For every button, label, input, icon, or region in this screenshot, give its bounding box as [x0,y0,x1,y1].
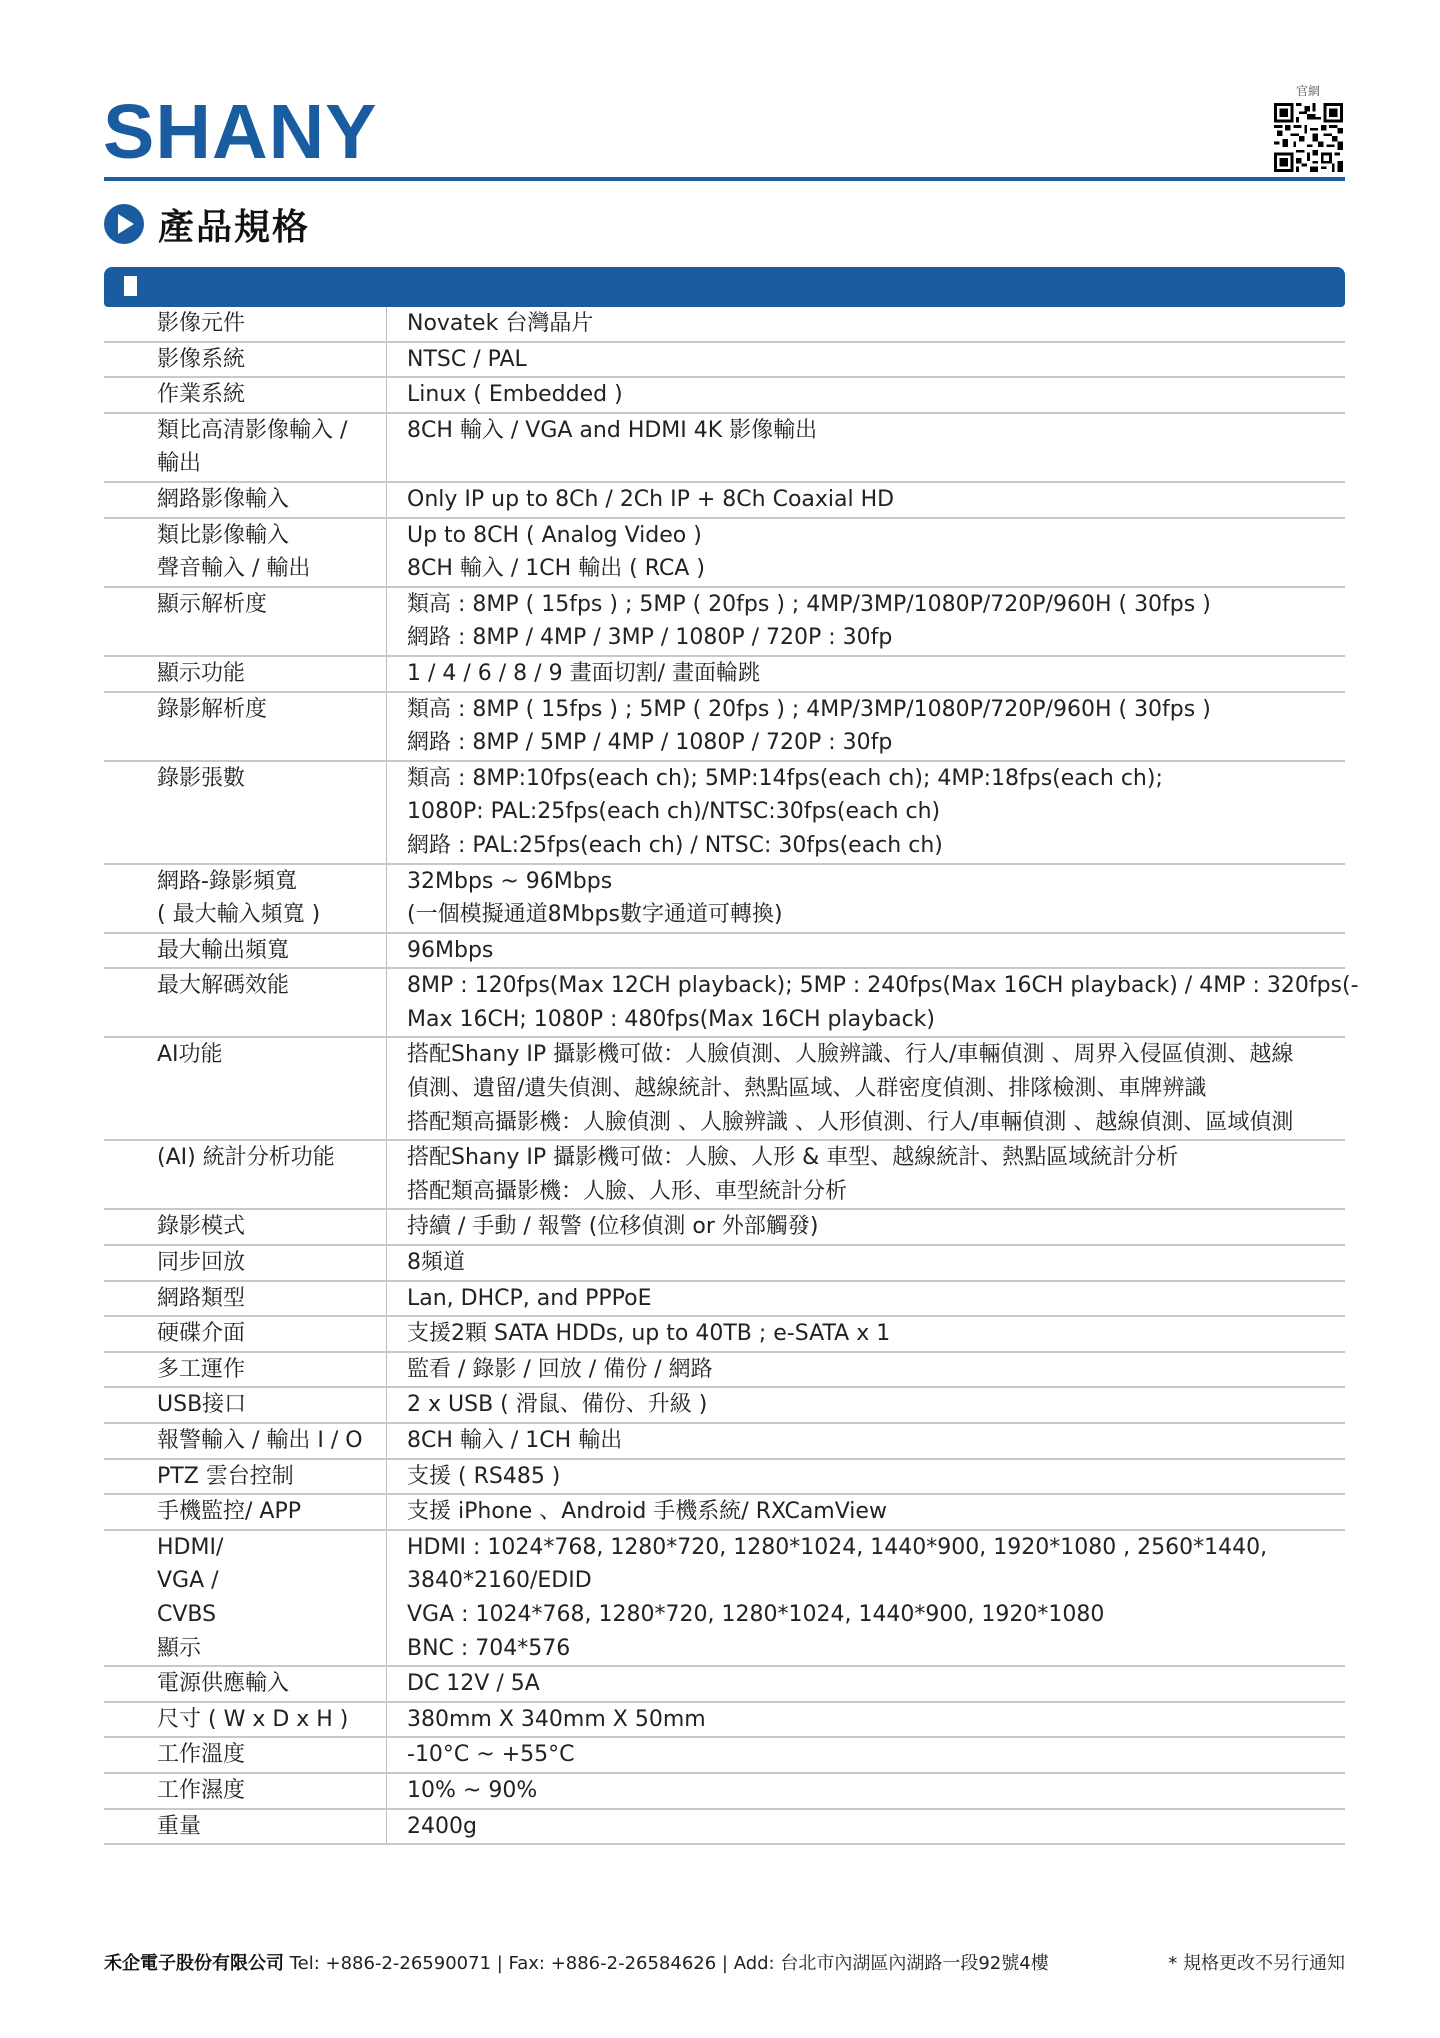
spec-value-line: 支援 ( RS485 ) [407,1460,1341,1494]
spec-value-line: 網路 : 8MP / 4MP / 3MP / 1080P / 720P : 30… [407,621,1341,655]
spec-label: 重量 [104,1810,387,1844]
spec-value: Up to 8CH ( Analog Video ) [387,519,1345,553]
spec-label: 手機監控/ APP [104,1495,387,1529]
table-row: PTZ 雲台控制支援 ( RS485 ) [104,1460,1345,1496]
spec-value-line: 8CH 輸入 / 1CH 輸出 ( RCA ) [407,552,1341,586]
spec-value: 監看 / 錄影 / 回放 / 備份 / 網路 [387,1353,1345,1387]
spec-value-line: (一個模擬通道8Mbps數字通道可轉換) [407,898,1341,932]
section-heading: 產品規格 [104,202,310,246]
section-title: 產品規格 [158,199,310,250]
table-row: 錄影張數類高 : 8MP:10fps(each ch); 5MP:14fps(e… [104,762,1345,865]
spec-value-line: Novatek 台灣晶片 [407,307,1341,341]
spec-label: 類比影像輸入 [104,519,387,553]
spec-value-line: 監看 / 錄影 / 回放 / 備份 / 網路 [407,1353,1341,1387]
spec-value: 2400g [387,1810,1345,1844]
spec-value: Only IP up to 8Ch / 2Ch IP + 8Ch Coaxial… [387,483,1345,517]
table-row: 網路影像輸入Only IP up to 8Ch / 2Ch IP + 8Ch C… [104,483,1345,519]
table-row: AI功能搭配Shany IP 攝影機可做：人臉偵測、人臉辨識、行人/車輛偵測 、… [104,1038,1345,1141]
table-row: 最大解碼效能8MP : 120fps(Max 12CH playback); 5… [104,969,1345,1038]
brand-logo: SHANY [103,92,378,172]
spec-label: 錄影張數 [104,762,387,863]
spec-value: HDMI : 1024*768, 1280*720, 1280*1024, 14… [387,1531,1345,1665]
table-row: 錄影模式持續 / 手動 / 報警 (位移偵測 or 外部觸發) [104,1210,1345,1246]
square-marker-icon [124,276,137,296]
qr-code-icon[interactable] [1274,103,1343,172]
spec-value-line [407,447,1341,481]
spec-value: 8CH 輸入 / 1CH 輸出 ( RCA ) [387,552,1345,586]
spec-value: NTSC / PAL [387,343,1345,377]
spec-value-line: 380mm X 340mm X 50mm [407,1703,1341,1737]
spec-value-line: 32Mbps ~ 96Mbps [407,865,1341,899]
contact-info: Tel: +886-2-26590071 | Fax: +886-2-26584… [284,1953,1049,1974]
table-row: 硬碟介面支援2顆 SATA HDDs, up to 40TB ; e-SATA … [104,1317,1345,1353]
footer-contact: 禾企電子股份有限公司 Tel: +886-2-26590071 | Fax: +… [104,1949,1049,1975]
spec-label: AI功能 [104,1038,387,1139]
table-row: 聲音輸入 / 輸出8CH 輸入 / 1CH 輸出 ( RCA ) [104,552,1345,588]
table-row: 尺寸 ( W x D x H )380mm X 340mm X 50mm [104,1703,1345,1739]
spec-label: 網路-錄影頻寬 ( 最大輸入頻寬 ) [104,865,387,932]
spec-label: 網路影像輸入 [104,483,387,517]
spec-value: 2 x USB ( 滑鼠、備份、升級 ) [387,1388,1345,1422]
spec-label: 最大解碼效能 [104,969,387,1036]
spec-value: Linux ( Embedded ) [387,378,1345,412]
spec-value: -10°C ~ +55°C [387,1738,1345,1772]
spec-value: 支援 iPhone 、Android 手機系統/ RXCamView [387,1495,1345,1529]
header-divider [104,177,1345,181]
table-row: USB接口2 x USB ( 滑鼠、備份、升級 ) [104,1388,1345,1424]
spec-label: 錄影模式 [104,1210,387,1244]
spec-value-line: 2 x USB ( 滑鼠、備份、升級 ) [407,1388,1341,1422]
spec-value-line: 8MP : 120fps(Max 12CH playback); 5MP : 2… [407,969,1359,1003]
spec-value: 8CH 輸入 / VGA and HDMI 4K 影像輸出 [387,414,1345,481]
table-row: 工作濕度10% ~ 90% [104,1774,1345,1810]
table-row: 網路-錄影頻寬 ( 最大輸入頻寬 )32Mbps ~ 96Mbps(一個模擬通道… [104,865,1345,934]
table-row: (AI) 統計分析功能搭配Shany IP 攝影機可做：人臉、人形 & 車型、越… [104,1141,1345,1210]
spec-value: Lan, DHCP, and PPPoE [387,1282,1345,1316]
table-row: 多工運作監看 / 錄影 / 回放 / 備份 / 網路 [104,1353,1345,1389]
spec-value-line: 搭配類高攝影機：人臉偵測 、人臉辨識 、人形偵測、行人/車輛偵測 、越線偵測、區… [407,1106,1341,1140]
spec-value: Novatek 台灣晶片 [387,307,1345,341]
spec-value: DC 12V / 5A [387,1667,1345,1701]
table-row: 網路類型Lan, DHCP, and PPPoE [104,1282,1345,1318]
table-row: 手機監控/ APP支援 iPhone 、Android 手機系統/ RXCamV… [104,1495,1345,1531]
spec-value-line: 8CH 輸入 / VGA and HDMI 4K 影像輸出 [407,414,1341,448]
spec-value: 支援 ( RS485 ) [387,1460,1345,1494]
table-row: 重量2400g [104,1810,1345,1846]
spec-value: 類高 : 8MP ( 15fps ) ; 5MP ( 20fps ) ; 4MP… [387,693,1345,760]
spec-value-line: -10°C ~ +55°C [407,1738,1341,1772]
spec-value: 搭配Shany IP 攝影機可做：人臉、人形 & 車型、越線統計、熱點區域統計分… [387,1141,1345,1208]
spec-value: 8頻道 [387,1246,1345,1280]
table-row: 顯示解析度類高 : 8MP ( 15fps ) ; 5MP ( 20fps ) … [104,588,1345,657]
footer: 禾企電子股份有限公司 Tel: +886-2-26590071 | Fax: +… [104,1949,1345,1975]
table-row: 類比影像輸入Up to 8CH ( Analog Video ) [104,519,1345,553]
spec-value-line: 1 / 4 / 6 / 8 / 9 畫面切割/ 畫面輪跳 [407,657,1341,691]
spec-label: 顯示功能 [104,657,387,691]
spec-value-line: 偵測、遺留/遺失偵測、越線統計、熱點區域、人群密度偵測、排隊檢測、車牌辨識 [407,1072,1341,1106]
spec-table: 影像元件Novatek 台灣晶片影像系統NTSC / PAL作業系統Linux … [104,307,1345,1845]
table-row: 作業系統Linux ( Embedded ) [104,378,1345,414]
spec-label: 最大輸出頻寬 [104,934,387,968]
table-row: 錄影解析度類高 : 8MP ( 15fps ) ; 5MP ( 20fps ) … [104,693,1345,762]
spec-value-line: DC 12V / 5A [407,1667,1341,1701]
spec-label: HDMI/ VGA / CVBS 顯示 [104,1531,387,1665]
spec-label: 作業系統 [104,378,387,412]
spec-label: 影像系統 [104,343,387,377]
spec-value-line: 搭配類高攝影機：人臉、人形、車型統計分析 [407,1175,1341,1209]
spec-label: 顯示解析度 [104,588,387,655]
spec-value-line: 支援 iPhone 、Android 手機系統/ RXCamView [407,1495,1341,1529]
spec-label: 類比高清影像輸入 / 輸出 [104,414,387,481]
spec-value: 類高 : 8MP:10fps(each ch); 5MP:14fps(each … [387,762,1345,863]
company-name: 禾企電子股份有限公司 [104,1953,284,1974]
spec-value-line: Max 16CH; 1080P : 480fps(Max 16CH playba… [407,1003,1359,1037]
spec-change-notice: * 規格更改不另行通知 [1168,1949,1345,1975]
spec-value-line: NTSC / PAL [407,343,1341,377]
spec-label: 報警輸入 / 輸出 I / O [104,1424,387,1458]
spec-label: 電源供應輸入 [104,1667,387,1701]
spec-value-line: Linux ( Embedded ) [407,378,1341,412]
spec-value-line: 8CH 輸入 / 1CH 輸出 [407,1424,1341,1458]
spec-value-line: 96Mbps [407,934,1341,968]
table-row: 顯示功能1 / 4 / 6 / 8 / 9 畫面切割/ 畫面輪跳 [104,657,1345,693]
table-row: 工作溫度-10°C ~ +55°C [104,1738,1345,1774]
spec-value-line: 8頻道 [407,1246,1341,1280]
spec-table-header-bar [104,267,1345,307]
spec-label: 影像元件 [104,307,387,341]
spec-value: 32Mbps ~ 96Mbps(一個模擬通道8Mbps數字通道可轉換) [387,865,1345,932]
spec-label: 聲音輸入 / 輸出 [104,552,387,586]
spec-value-line: Only IP up to 8Ch / 2Ch IP + 8Ch Coaxial… [407,483,1341,517]
table-row: 電源供應輸入DC 12V / 5A [104,1667,1345,1703]
spec-label: 尺寸 ( W x D x H ) [104,1703,387,1737]
spec-label: 網路類型 [104,1282,387,1316]
spec-value-line: 網路 : 8MP / 5MP / 4MP / 1080P / 720P : 30… [407,726,1341,760]
spec-value-line: 持續 / 手動 / 報警 (位移偵測 or 外部觸發) [407,1210,1341,1244]
spec-value: 搭配Shany IP 攝影機可做：人臉偵測、人臉辨識、行人/車輛偵測 、周界入侵… [387,1038,1345,1139]
spec-value-line: 類高 : 8MP:10fps(each ch); 5MP:14fps(each … [407,762,1341,796]
spec-value-line: 2400g [407,1810,1341,1844]
play-circle-icon [104,204,144,244]
spec-value: 96Mbps [387,934,1345,968]
spec-label: 工作溫度 [104,1738,387,1772]
spec-value-line: 10% ~ 90% [407,1774,1341,1808]
spec-value: 8CH 輸入 / 1CH 輸出 [387,1424,1345,1458]
spec-value-line: HDMI : 1024*768, 1280*720, 1280*1024, 14… [407,1531,1341,1565]
spec-label: 硬碟介面 [104,1317,387,1351]
spec-value: 持續 / 手動 / 報警 (位移偵測 or 外部觸發) [387,1210,1345,1244]
spec-value: 1 / 4 / 6 / 8 / 9 畫面切割/ 畫面輪跳 [387,657,1345,691]
spec-value-line: BNC : 704*576 [407,1632,1341,1666]
spec-value-line: VGA : 1024*768, 1280*720, 1280*1024, 144… [407,1598,1341,1632]
spec-value-line: Up to 8CH ( Analog Video ) [407,519,1341,553]
spec-value: 支援2顆 SATA HDDs, up to 40TB ; e-SATA x 1 [387,1317,1345,1351]
table-row: 類比高清影像輸入 / 輸出8CH 輸入 / VGA and HDMI 4K 影像… [104,414,1345,483]
spec-value-line: Lan, DHCP, and PPPoE [407,1282,1341,1316]
table-row: 影像系統NTSC / PAL [104,343,1345,379]
table-row: 影像元件Novatek 台灣晶片 [104,307,1345,343]
spec-value-line: 支援2顆 SATA HDDs, up to 40TB ; e-SATA x 1 [407,1317,1341,1351]
spec-value-line: 搭配Shany IP 攝影機可做：人臉、人形 & 車型、越線統計、熱點區域統計分… [407,1141,1341,1175]
spec-value-line: 類高 : 8MP ( 15fps ) ; 5MP ( 20fps ) ; 4MP… [407,693,1341,727]
spec-label: 錄影解析度 [104,693,387,760]
qr-label: 官網 [1291,82,1325,99]
spec-label: PTZ 雲台控制 [104,1460,387,1494]
spec-value-line: 3840*2160/EDID [407,1564,1341,1598]
spec-label: 同步回放 [104,1246,387,1280]
spec-value-line: 網路 : PAL:25fps(each ch) / NTSC: 30fps(ea… [407,829,1341,863]
spec-label: 多工運作 [104,1353,387,1387]
spec-value-line: 搭配Shany IP 攝影機可做：人臉偵測、人臉辨識、行人/車輛偵測 、周界入侵… [407,1038,1341,1072]
spec-value: 類高 : 8MP ( 15fps ) ; 5MP ( 20fps ) ; 4MP… [387,588,1345,655]
spec-value: 380mm X 340mm X 50mm [387,1703,1345,1737]
table-row: HDMI/ VGA / CVBS 顯示HDMI : 1024*768, 1280… [104,1531,1345,1667]
spec-value-line: 類高 : 8MP ( 15fps ) ; 5MP ( 20fps ) ; 4MP… [407,588,1341,622]
spec-label: USB接口 [104,1388,387,1422]
spec-label: (AI) 統計分析功能 [104,1141,387,1208]
table-row: 報警輸入 / 輸出 I / O8CH 輸入 / 1CH 輸出 [104,1424,1345,1460]
spec-value: 8MP : 120fps(Max 12CH playback); 5MP : 2… [387,969,1363,1036]
spec-value-line: 1080P: PAL:25fps(each ch)/NTSC:30fps(eac… [407,795,1341,829]
table-row: 最大輸出頻寬96Mbps [104,934,1345,970]
spec-label: 工作濕度 [104,1774,387,1808]
spec-value: 10% ~ 90% [387,1774,1345,1808]
table-row: 同步回放8頻道 [104,1246,1345,1282]
